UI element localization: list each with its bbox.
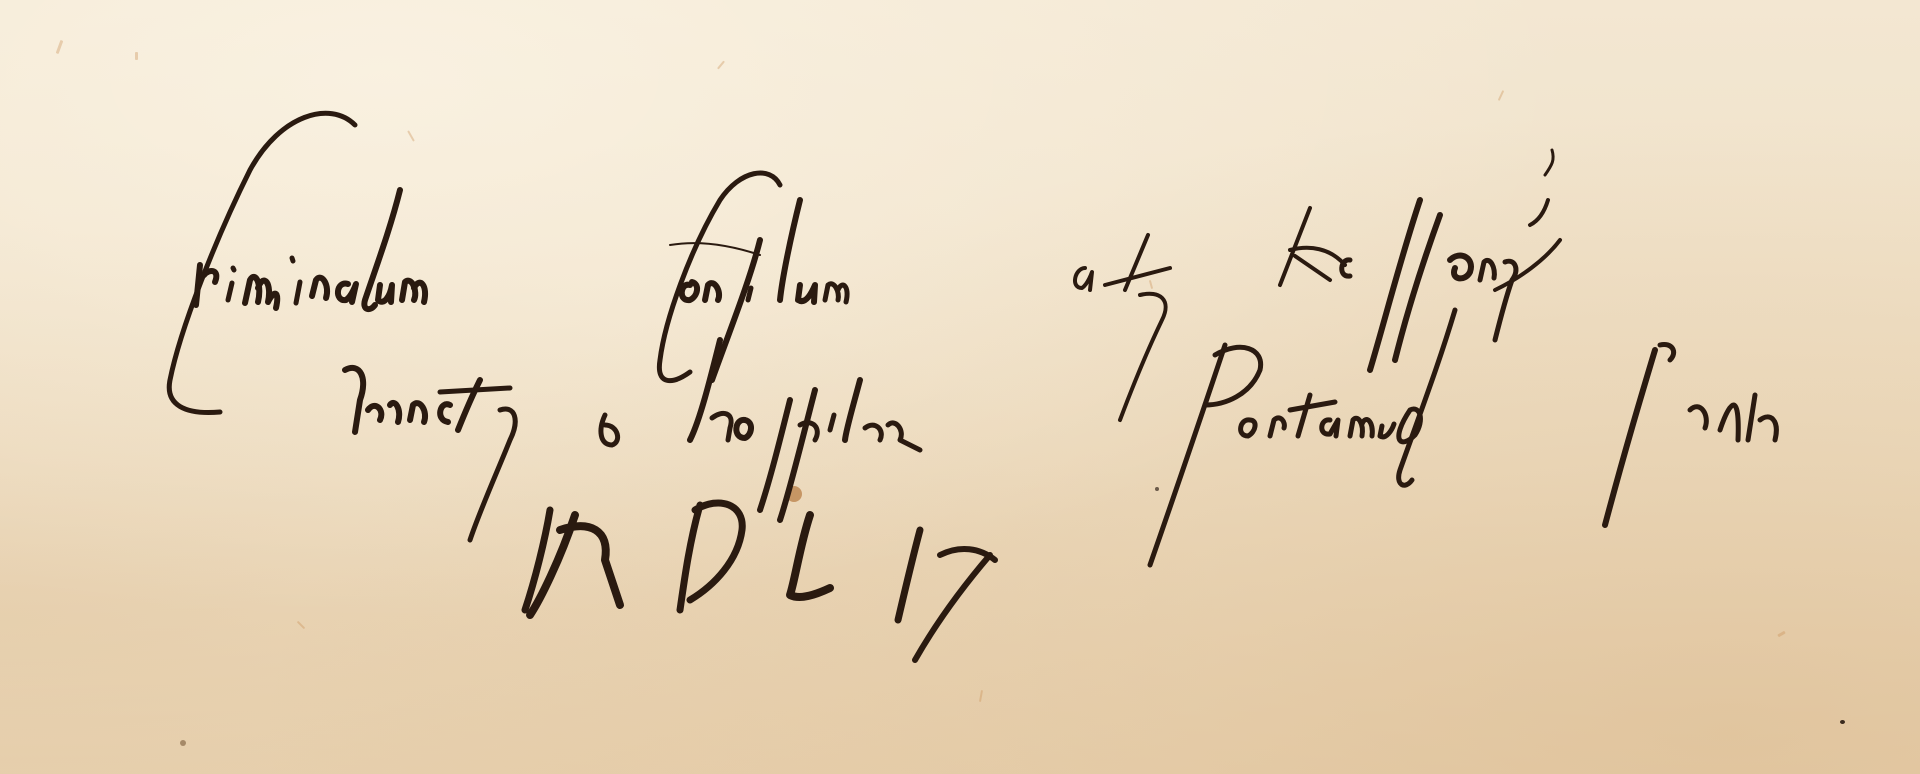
manuscript-page: Criminalium Consilia atque Responsa Vene… (0, 0, 1920, 774)
handwritten-inscription (0, 0, 1920, 774)
word-atque (1075, 235, 1170, 420)
word-filij (1605, 344, 1776, 525)
word-oppidum (690, 340, 920, 520)
word-consilia (659, 173, 847, 381)
word-responsa (1280, 150, 1560, 370)
word-mdlix (525, 503, 995, 660)
word-portavius (1150, 310, 1455, 565)
word-criminalium (169, 113, 425, 412)
